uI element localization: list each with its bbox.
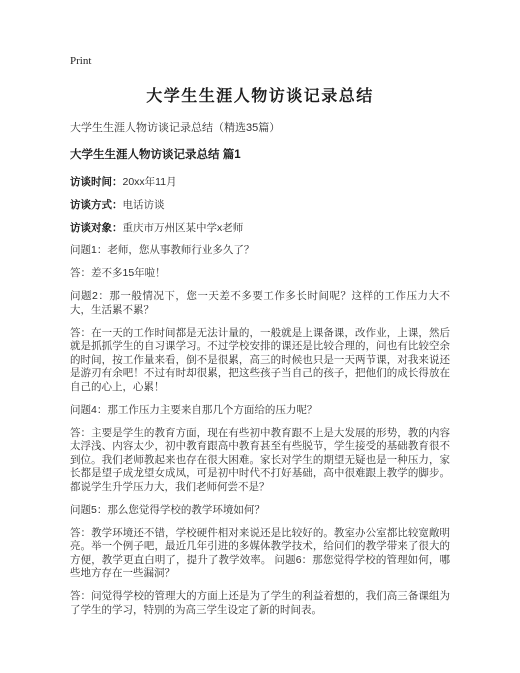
meta-label: 访谈方式： bbox=[70, 199, 123, 211]
paragraph-question-1: 问题1：老师，您从事教师行业多久了？ bbox=[70, 244, 450, 258]
meta-value: 电话访谈 bbox=[123, 199, 165, 211]
document-page: Print 大学生生涯人物访谈记录总结 大学生生涯人物访谈记录总结（精选35篇）… bbox=[0, 0, 520, 673]
meta-value: 重庆市万州区某中学x老师 bbox=[123, 222, 244, 234]
paragraph-answer-1: 答：差不多15年啦！ bbox=[70, 267, 450, 281]
paragraph-question-5: 问题5：那么您觉得学校的教学环境如何？ bbox=[70, 504, 450, 518]
meta-label: 访谈对象： bbox=[70, 222, 123, 234]
print-link[interactable]: Print bbox=[70, 55, 450, 67]
meta-line-interview-subject: 访谈对象：重庆市万州区某中学x老师 bbox=[70, 221, 450, 235]
meta-line-interview-method: 访谈方式：电话访谈 bbox=[70, 198, 450, 212]
section-heading: 大学生生涯人物访谈记录总结 篇1 bbox=[70, 146, 450, 162]
document-title: 大学生生涯人物访谈记录总结 bbox=[70, 83, 450, 106]
meta-label: 访谈时间： bbox=[70, 176, 123, 188]
document-subtitle: 大学生生涯人物访谈记录总结（精选35篇） bbox=[70, 119, 450, 135]
paragraph-question-2: 问题2：那一般情况下，您一天差不多要工作多长时间呢？这样的工作压力大不大，生活累… bbox=[70, 290, 450, 317]
paragraph-answer-6: 答：问觉得学校的管理大的方面上还是为了学生的利益着想的，我们高三备课组为了学生的… bbox=[70, 590, 450, 617]
paragraph-answer-4: 答：主要是学生的教育方面，现在有些初中教育跟不上是大发展的形势，教的内容太浮浅、… bbox=[70, 427, 450, 495]
paragraph-answer-2: 答：在一天的工作时间都是无法计量的，一般就是上课备课，改作业，上课，然后就是抓抓… bbox=[70, 327, 450, 395]
paragraph-question-4: 问题4：那工作压力主要来自那几个方面给的压力呢？ bbox=[70, 404, 450, 418]
meta-value: 20xx年11月 bbox=[123, 176, 177, 188]
paragraph-answer-5: 答：教学环境还不错，学校硬件相对来说还是比较好的。教室办公室都比较宽敞明亮。举一… bbox=[70, 527, 450, 581]
meta-line-interview-time: 访谈时间：20xx年11月 bbox=[70, 175, 450, 189]
